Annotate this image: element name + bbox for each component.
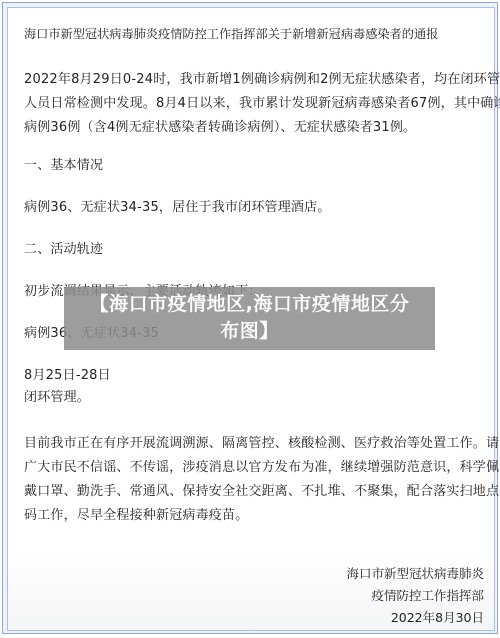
closing-line-3: 戴口罩、勤洗手、常通风、保持安全社交距离、不扎堆、不聚集，配合落实扫地点 [24, 480, 499, 504]
document-title: 海口市新型冠状病毒肺炎疫情防控工作指挥部关于新增新冠病毒感染者的通报 [24, 22, 438, 46]
section-2-detail: 闭环管理。 [24, 386, 90, 410]
signature-date: 2022年8月30日 [391, 606, 484, 630]
section-1-body: 病例36、无症状34-35，居住于我市闭环管理酒店。 [24, 196, 331, 220]
section-1-heading: 一、基本情况 [24, 154, 103, 178]
closing-line-1: 目前我市正在有序开展流调溯源、隔离管控、核酸检测、医疗救治等处置工作。请 [24, 432, 499, 456]
title-overlay-banner: 【海口市疫情地区,海口市疫情地区分 布图】 [64, 287, 435, 350]
signature-org-line-2: 疫情防控工作指挥部 [371, 584, 484, 608]
overlay-line-2: 布图】 [64, 318, 435, 345]
intro-line-1: 2022年8月29日0-24时，我市新增1例确诊病例和2例无症状感染者，均在闭环… [24, 68, 500, 92]
closing-line-2: 广大市民不信谣、不传谣，涉疫消息以官方发布为准，继续增强防范意识，科学佩 [24, 456, 499, 480]
overlay-line-1: 【海口市疫情地区,海口市疫情地区分 [64, 291, 435, 318]
closing-line-4: 码工作，尽早全程接种新冠病毒疫苗。 [24, 504, 248, 528]
section-2-date: 8月25日-28日 [24, 364, 111, 388]
intro-line-2: 人员日常检测中发现。8月4日以来，我市累计发现新冠病毒感染者67例，其中确诊 [24, 92, 500, 116]
signature-org-line-1: 海口市新型冠状病毒肺炎 [346, 562, 484, 586]
intro-line-3: 病例36例（含4例无症状感染者转确诊病例）、无症状感染者31例。 [24, 116, 416, 140]
section-2-heading: 二、活动轨迹 [24, 238, 103, 262]
